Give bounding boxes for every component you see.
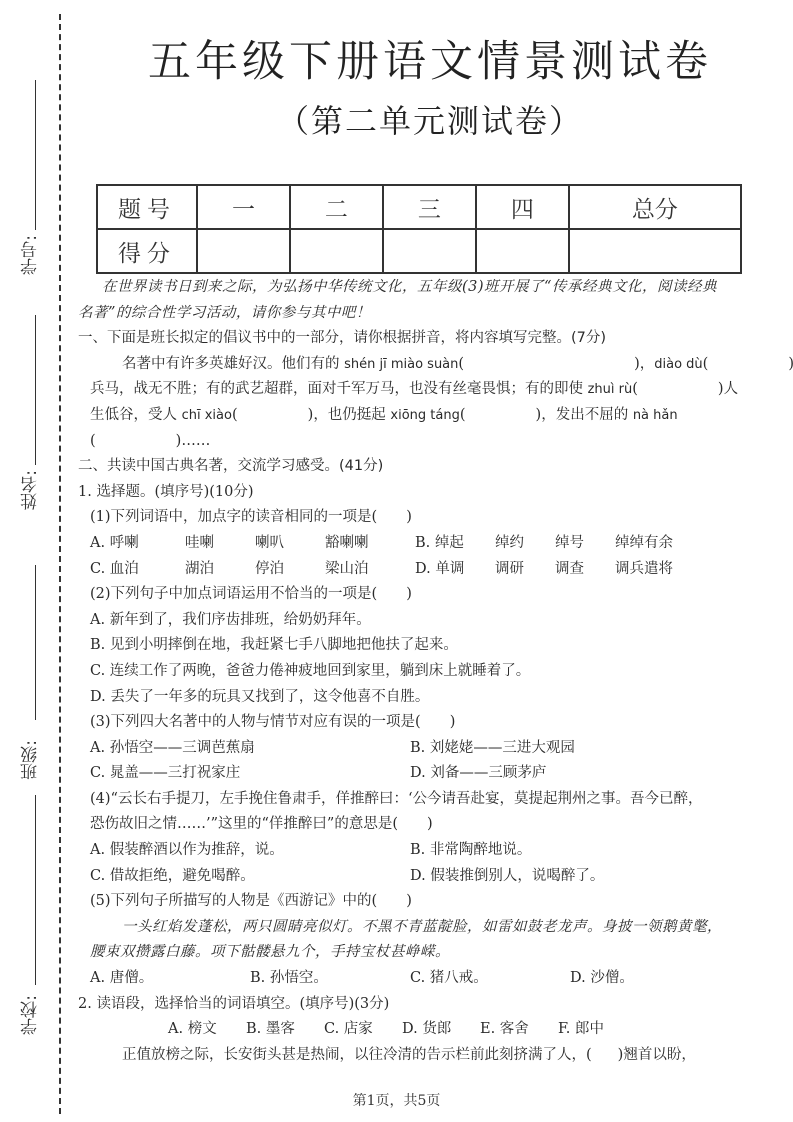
question-1-5-options: A. 唐僧。 B. 孙悟空。 C. 猪八戒。 D. 沙僧。 bbox=[78, 966, 748, 992]
cut-line bbox=[59, 14, 61, 1114]
exam-content: 在世界读书日到来之际，为弘扬中华传统文化，五年级(3)班开展了“传承经典文化，阅… bbox=[78, 275, 748, 1068]
question-1-4-option-b: B. 非常陶醉地说。 bbox=[410, 842, 531, 858]
section-1-line-2: 兵马，战无不胜；有的武艺超群，面对千军万马，也没有丝毫畏惧；有的即使 zhuì … bbox=[78, 377, 748, 403]
question-1-4-stem-1: (4)“云长右手提刀，左手挽住鲁肃手，佯推醉曰：‘公今请吾赴宴，莫提起荆州之事。… bbox=[78, 787, 748, 813]
score-cell-q4: 四 bbox=[476, 185, 569, 229]
student-number-line[interactable] bbox=[35, 80, 36, 230]
class-label: 班级: bbox=[22, 740, 48, 780]
score-cell-label: 题号 bbox=[97, 185, 197, 229]
pinyin-prompt: xiōng táng bbox=[390, 408, 459, 423]
option-a-word: A. 呼喇 bbox=[90, 531, 185, 557]
pinyin-prompt: shén jī miào suàn bbox=[344, 357, 458, 372]
question-1-4-options-ab: A. 假装醉酒以作为推辞，说。B. 非常陶醉地说。 bbox=[78, 838, 748, 864]
question-1-5-passage-2: 腰束双攒露白藤。项下骷髅悬九个，手持宝杖甚峥嵘。 bbox=[78, 940, 748, 966]
question-1-2-option-a: A. 新年到了，我们序齿排班，给奶奶拜年。 bbox=[78, 608, 748, 634]
student-number-field[interactable]: 学号: bbox=[14, 80, 44, 280]
section-2-heading: 二、共读中国古典名著，交流学习感受。(41分) bbox=[78, 454, 748, 480]
section-1-heading: 一、下面是班长拟定的倡议书中的一部分，请你根据拼音，将内容填写完整。(7分) bbox=[78, 326, 748, 352]
intro-line-1: 在世界读书日到来之际，为弘扬中华传统文化，五年级(3)班开展了“传承经典文化，阅… bbox=[78, 275, 748, 301]
school-line[interactable] bbox=[35, 795, 36, 985]
section-1-line-4: ()…… bbox=[78, 429, 748, 455]
score-cell-total: 总分 bbox=[569, 185, 741, 229]
class-line[interactable] bbox=[35, 565, 36, 720]
score-input-total[interactable] bbox=[569, 229, 741, 273]
question-1-2-option-b: B. 见到小明摔倒在地，我赶紧七手八脚地把他扶了起来。 bbox=[78, 633, 748, 659]
word-option: A. 榜文 bbox=[168, 1017, 246, 1043]
score-table: 题号 一 二 三 四 总分 得分 bbox=[96, 184, 742, 274]
option-c-word: C. 血泊 bbox=[90, 557, 185, 583]
name-label: 姓名: bbox=[22, 470, 48, 510]
score-cell-q2: 二 bbox=[290, 185, 383, 229]
question-1-5-passage-1: 一头红焰发蓬松，两只圆睛亮似灯。不黑不青蓝靛脸，如雷如鼓老龙声。身披一领鹅黄氅， bbox=[78, 915, 748, 941]
question-1-3-option-c: C. 晁盖——三打祝家庄 bbox=[90, 761, 410, 787]
name-field[interactable]: 姓名: bbox=[14, 315, 44, 515]
section-1-line-3: 生低谷，受人 chī xiào()，也仍挺起 xiōng táng()，发出不屈… bbox=[78, 403, 748, 429]
word-option: C. 店家 bbox=[324, 1017, 402, 1043]
score-row-label: 得分 bbox=[97, 229, 197, 273]
question-1-1-options-cd: C. 血泊 湖泊 停泊 梁山泊 D. 单调 调研 调查 调兵遣将 bbox=[78, 557, 748, 583]
question-1-2-option-d: D. 丢失了一年多的玩具又找到了，这令他喜不自胜。 bbox=[78, 685, 748, 711]
question-1-3-option-d: D. 刘备——三顾茅庐 bbox=[410, 765, 546, 781]
question-1-2-stem: (2)下列句子中加点词语运用不恰当的一项是( ) bbox=[78, 582, 748, 608]
question-1-5-option-d: D. 沙僧。 bbox=[570, 966, 634, 992]
option-d-word: D. 单调 bbox=[415, 557, 495, 583]
question-1-4-stem-2: 恐伤故旧之情……’”这里的“佯推醉曰”的意思是( ) bbox=[78, 812, 748, 838]
word-option: D. 货郎 bbox=[402, 1017, 480, 1043]
question-1-4-option-c: C. 借故拒绝，避免喝醉。 bbox=[90, 864, 410, 890]
section-1-line-1: 名著中有许多英雄好汉。他们有的 shén jī miào suàn()，diào… bbox=[78, 352, 748, 378]
pinyin-prompt: nà hǎn bbox=[633, 408, 678, 423]
question-2-word-bank: A. 榜文 B. 墨客 C. 店家 D. 货郎 E. 客舍 F. 郎中 bbox=[78, 1017, 748, 1043]
question-1-5-option-a: A. 唐僧。 bbox=[90, 966, 250, 992]
question-1-5-stem: (5)下列句子所描写的人物是《西游记》中的( ) bbox=[78, 889, 748, 915]
class-field[interactable]: 班级: bbox=[14, 565, 44, 795]
school-field[interactable]: 学校: bbox=[14, 795, 44, 1055]
intro-line-2: 名著”的综合性学习活动，请你参与其中吧！ bbox=[78, 301, 748, 327]
question-1-4-options-cd: C. 借故拒绝，避免喝醉。D. 假装推倒别人，说喝醉了。 bbox=[78, 864, 748, 890]
score-input-q1[interactable] bbox=[197, 229, 290, 273]
question-1-3-options-cd: C. 晁盖——三打祝家庄D. 刘备——三顾茅庐 bbox=[78, 761, 748, 787]
page-number: 第1页，共5页 bbox=[0, 1090, 793, 1110]
question-1-1-options-ab: A. 呼喇 哇喇 喇叭 豁喇喇 B. 绰起 绰约 绰号 绰绰有余 bbox=[78, 531, 748, 557]
score-table-header-row: 题号 一 二 三 四 总分 bbox=[97, 185, 741, 229]
question-2-passage: 正值放榜之际，长安街头甚是热闹，以往冷清的告示栏前此刻挤满了人，()翘首以盼， bbox=[78, 1043, 748, 1069]
question-1-5-option-b: B. 孙悟空。 bbox=[250, 966, 410, 992]
word-option: F. 郎中 bbox=[558, 1017, 636, 1043]
score-input-q3[interactable] bbox=[383, 229, 476, 273]
score-input-q2[interactable] bbox=[290, 229, 383, 273]
question-1-1-stem: (1)下列词语中，加点字的读音相同的一项是( ) bbox=[78, 505, 748, 531]
pinyin-prompt: diào dù bbox=[654, 357, 702, 372]
score-input-q4[interactable] bbox=[476, 229, 569, 273]
page-title: 五年级下册语文情景测试卷 bbox=[100, 28, 760, 89]
question-1-3-stem: (3)下列四大名著中的人物与情节对应有误的一项是( ) bbox=[78, 710, 748, 736]
student-number-label: 学号: bbox=[22, 235, 48, 275]
score-cell-q3: 三 bbox=[383, 185, 476, 229]
pinyin-prompt: chī xiào bbox=[182, 408, 232, 423]
question-1-4-option-d: D. 假装推倒别人，说喝醉了。 bbox=[410, 868, 604, 884]
school-label: 学校: bbox=[22, 995, 48, 1035]
score-cell-q1: 一 bbox=[197, 185, 290, 229]
question-1-3-option-b: B. 刘姥姥——三进大观园 bbox=[410, 740, 575, 756]
name-line[interactable] bbox=[35, 315, 36, 465]
word-option: E. 客舍 bbox=[480, 1017, 558, 1043]
question-1-4-option-a: A. 假装醉酒以作为推辞，说。 bbox=[90, 838, 410, 864]
score-table-score-row: 得分 bbox=[97, 229, 741, 273]
question-1-3-option-a: A. 孙悟空——三调芭蕉扇 bbox=[90, 736, 410, 762]
question-1-5-option-c: C. 猪八戒。 bbox=[410, 966, 570, 992]
question-1-3-options-ab: A. 孙悟空——三调芭蕉扇B. 刘姥姥——三进大观园 bbox=[78, 736, 748, 762]
question-1-2-option-c: C. 连续工作了两晚，爸爸力倦神疲地回到家里，躺到床上就睡着了。 bbox=[78, 659, 748, 685]
option-b-word: B. 绰起 bbox=[415, 531, 495, 557]
page-subtitle: （第二单元测试卷） bbox=[100, 96, 760, 142]
question-2-heading: 2. 读语段，选择恰当的词语填空。(填序号)(3分) bbox=[78, 992, 748, 1018]
pinyin-prompt: zhuì rù bbox=[588, 382, 633, 397]
binding-margin: 学号: 姓名: 班级: 学校: bbox=[0, 0, 70, 1122]
word-option: B. 墨客 bbox=[246, 1017, 324, 1043]
question-1-heading: 1. 选择题。(填序号)(10分) bbox=[78, 480, 748, 506]
